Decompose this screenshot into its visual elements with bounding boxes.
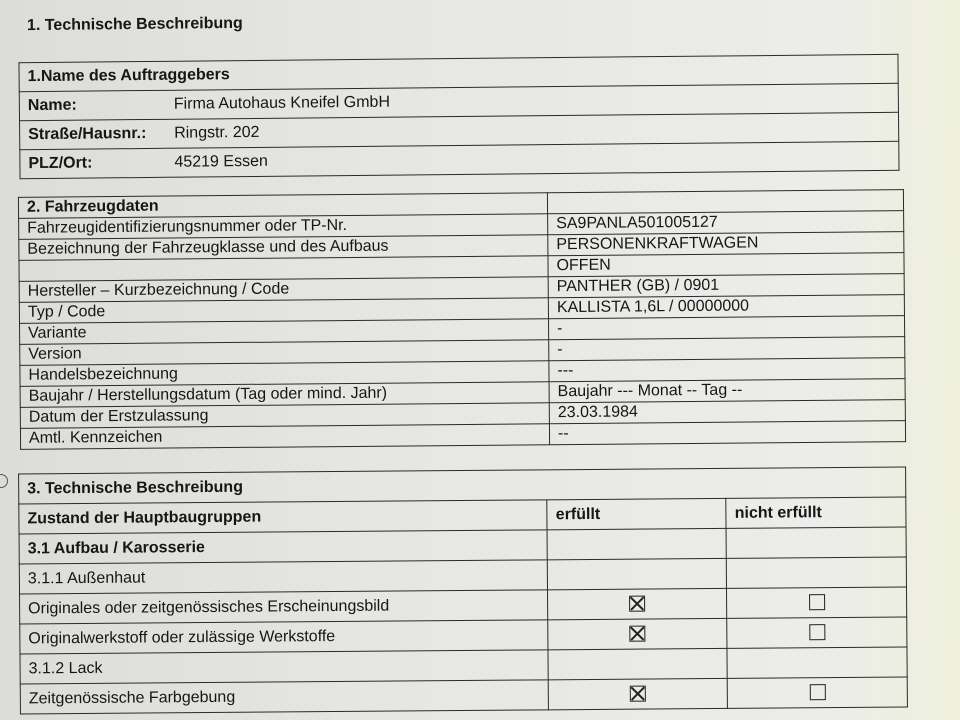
not-ok-cell: [727, 587, 907, 618]
ok-cell: [548, 618, 727, 649]
ok-cell: [547, 528, 726, 559]
component-label: 3.1.2 Lack: [20, 650, 549, 684]
not-ok-cell: [726, 527, 906, 558]
checkbox-erfuellt[interactable]: [630, 626, 646, 642]
city-label: PLZ/Ort:: [20, 148, 167, 178]
page-title: 1. Technische Beschreibung: [27, 15, 243, 35]
city-value: 45219 Essen: [166, 141, 899, 177]
not-ok-cell: [727, 617, 907, 648]
ok-cell: [548, 588, 727, 619]
component-label: Originales oder zeitgenössisches Erschei…: [20, 590, 549, 624]
punch-hole: [0, 474, 8, 488]
checkbox-nicht-erfuellt[interactable]: [809, 594, 825, 610]
ok-cell: [548, 558, 727, 589]
col-header-not-ok: nicht erfüllt: [726, 497, 906, 528]
component-label: 3.1 Aufbau / Karosserie: [19, 530, 548, 564]
col-header-ok: erfüllt: [547, 498, 726, 529]
client-table: 1.Name des Auftraggebers Name: Firma Aut…: [18, 54, 899, 179]
checkbox-nicht-erfuellt[interactable]: [809, 684, 825, 700]
ok-cell: [548, 648, 727, 679]
street-label: Straße/Hausnr.:: [20, 119, 167, 149]
name-label: Name:: [19, 90, 166, 120]
ok-cell: [549, 678, 728, 709]
component-label: 3.1.1 Außenhaut: [19, 560, 548, 594]
col-header-component: Zustand der Hauptbaugruppen: [19, 500, 548, 534]
field-value: --: [549, 421, 905, 445]
checkbox-erfuellt[interactable]: [630, 686, 646, 702]
checkbox-nicht-erfuellt[interactable]: [809, 624, 825, 640]
component-label: Originalwerkstoff oder zulässige Werksto…: [20, 620, 549, 654]
technical-description-table: 3. Technische Beschreibung Zustand der H…: [18, 467, 908, 715]
checkbox-erfuellt[interactable]: [629, 596, 645, 612]
field-label: Amtl. Kennzeichen: [20, 424, 549, 450]
not-ok-cell: [727, 647, 907, 678]
not-ok-cell: [727, 557, 907, 588]
table-row: Zeitgenössische Farbgebung: [20, 677, 907, 714]
component-label: Zeitgenössische Farbgebung: [20, 680, 549, 714]
vehicle-data-table: 2. Fahrzeugdaten Fahrzeugidentifizierung…: [18, 189, 906, 450]
not-ok-cell: [727, 677, 907, 708]
